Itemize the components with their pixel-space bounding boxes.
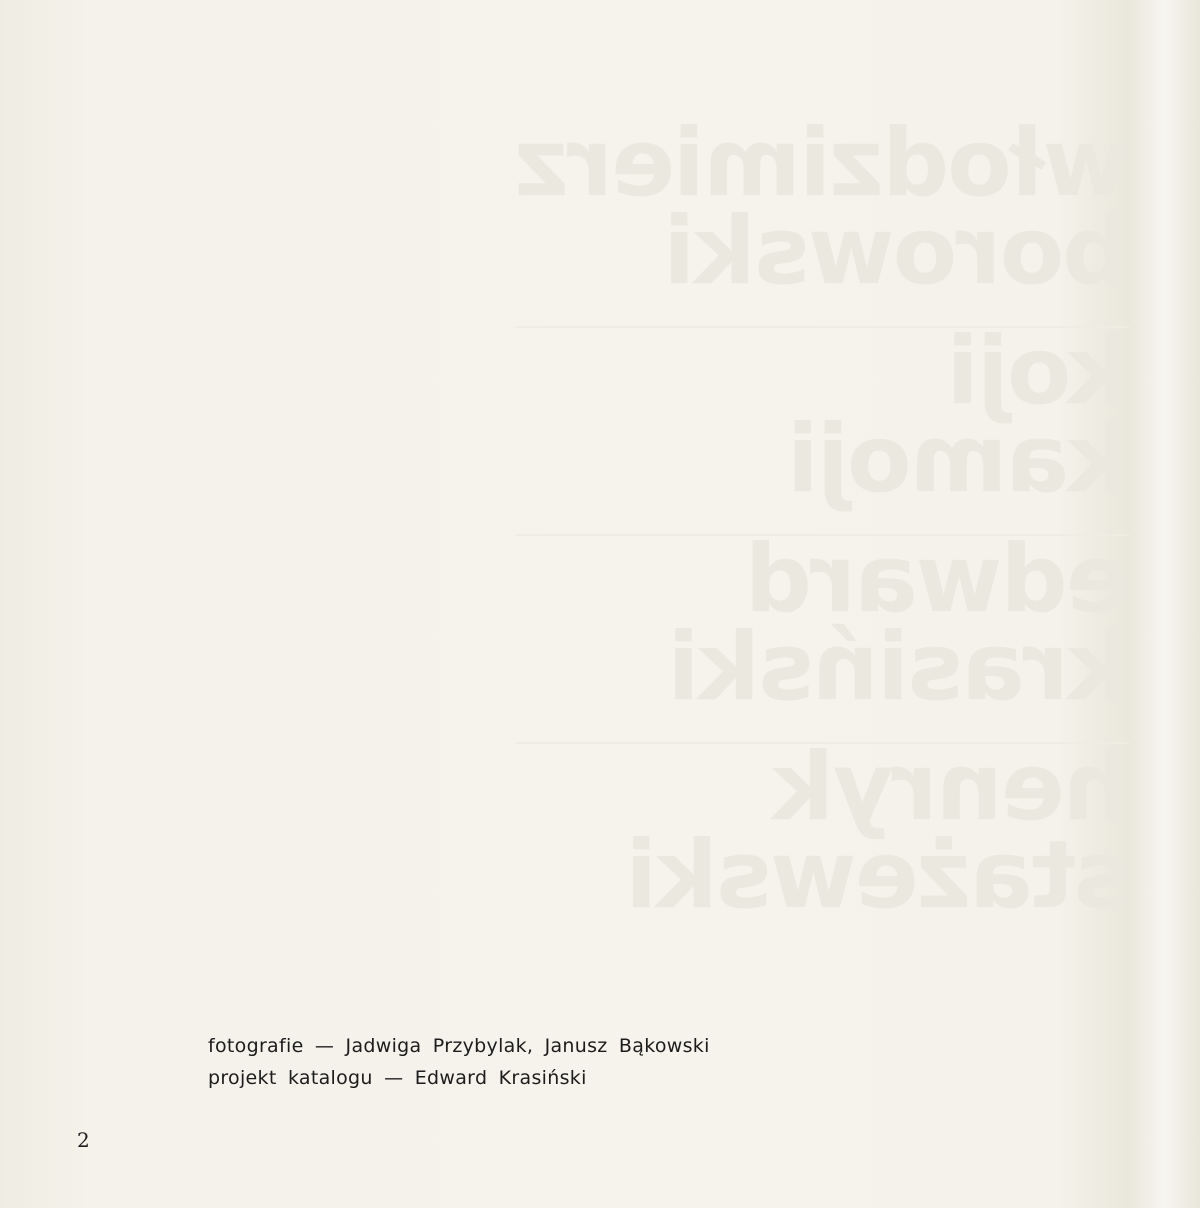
catalog-page: włodzimierz borowski koji kamoji edward … — [0, 0, 1200, 1208]
first-name: koji — [516, 328, 1130, 416]
last-name: stażewski — [516, 832, 1130, 920]
photo-credit: fotografie — Jadwiga Przybylak, Janusz B… — [208, 1030, 710, 1062]
show-through-name: edward krasiński — [516, 534, 1130, 712]
show-through-name: henryk stażewski — [516, 742, 1130, 920]
first-name: edward — [516, 536, 1130, 624]
design-credit: projekt katalogu — Edward Krasiński — [208, 1062, 710, 1094]
last-name: kamoji — [516, 416, 1130, 504]
show-through-name: włodzimierz borowski — [516, 120, 1130, 296]
show-through-text: włodzimierz borowski koji kamoji edward … — [516, 120, 1130, 950]
last-name: borowski — [516, 208, 1130, 296]
show-through-name: koji kamoji — [516, 326, 1130, 504]
page-number: 2 — [77, 1128, 90, 1152]
first-name: włodzimierz — [516, 120, 1130, 208]
credits: fotografie — Jadwiga Przybylak, Janusz B… — [208, 1030, 710, 1094]
last-name: krasiński — [516, 624, 1130, 712]
first-name: henryk — [516, 744, 1130, 832]
